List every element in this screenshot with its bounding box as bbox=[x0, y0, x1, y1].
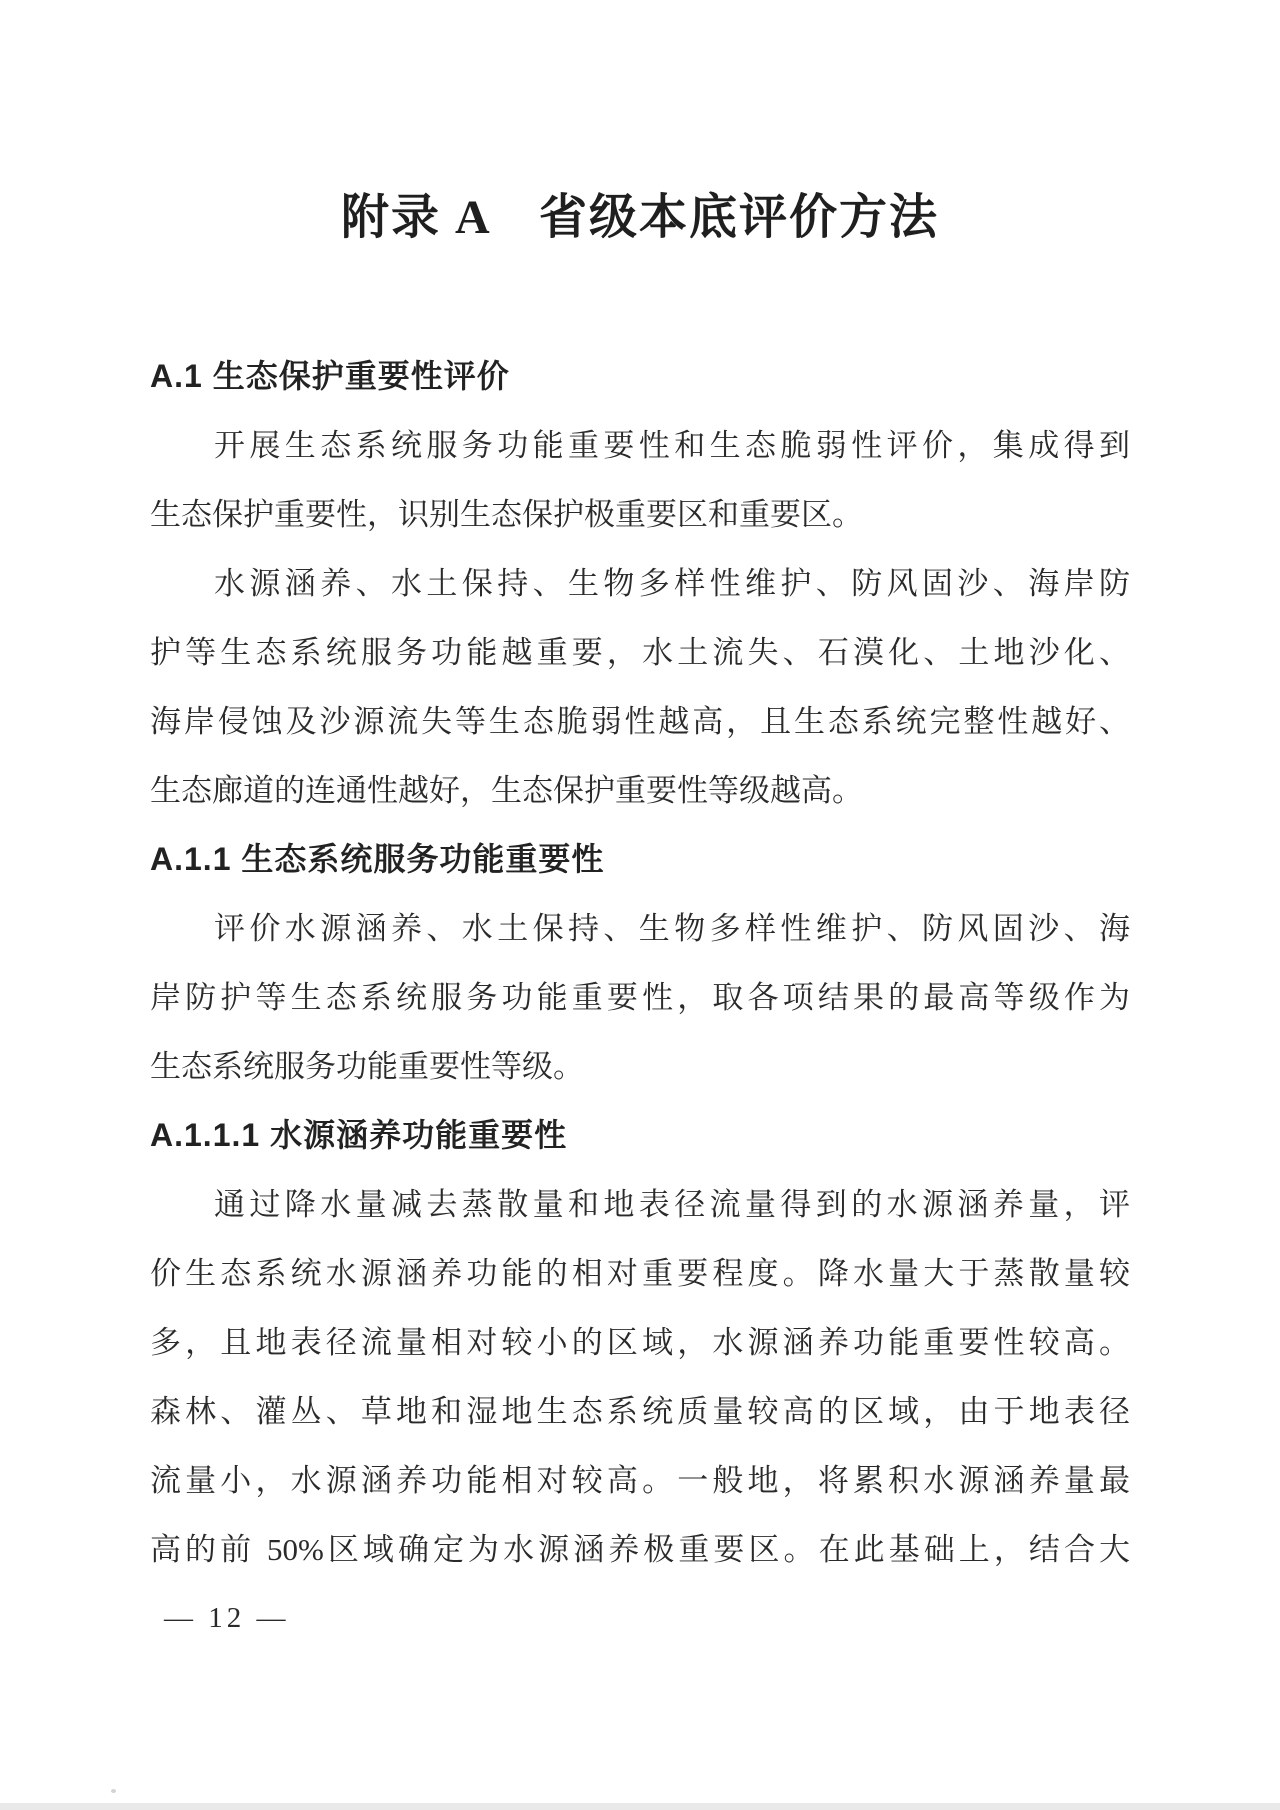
paragraph-line: 开展生态系统服务功能重要性和生态脆弱性评价，集成得到 bbox=[150, 411, 1130, 480]
paragraph-line: 岸防护等生态系统服务功能重要性，取各项结果的最高等级作为 bbox=[150, 963, 1130, 1032]
paragraph-line: 海岸侵蚀及沙源流失等生态脆弱性越高，且生态系统完整性越好、 bbox=[150, 687, 1130, 756]
paragraph-line: 高的前 50%区域确定为水源涵养极重要区。在此基础上，结合大 bbox=[150, 1515, 1130, 1584]
paragraph-line: 护等生态系统服务功能越重要，水土流失、石漠化、土地沙化、 bbox=[150, 618, 1130, 687]
scan-speck-artifact bbox=[111, 1789, 116, 1793]
paragraph-line: 森林、灌丛、草地和湿地生态系统质量较高的区域，由于地表径 bbox=[150, 1377, 1130, 1446]
paragraph-line: 生态系统服务功能重要性等级。 bbox=[150, 1032, 1130, 1101]
document-page: 附录 A 省级本底评价方法 A.1 生态保护重要性评价 开展生态系统服务功能重要… bbox=[0, 0, 1280, 1810]
section-heading-a111: A.1.1.1 水源涵养功能重要性 bbox=[150, 1101, 1130, 1170]
document-body: A.1 生态保护重要性评价 开展生态系统服务功能重要性和生态脆弱性评价，集成得到… bbox=[150, 342, 1130, 1653]
section-heading-a1: A.1 生态保护重要性评价 bbox=[150, 342, 1130, 411]
section-heading-a11: A.1.1 生态系统服务功能重要性 bbox=[150, 825, 1130, 894]
scan-edge-artifact bbox=[0, 1803, 1280, 1810]
paragraph-line: 价生态系统水源涵养功能的相对重要程度。降水量大于蒸散量较 bbox=[150, 1239, 1130, 1308]
paragraph-line: 生态廊道的连通性越好，生态保护重要性等级越高。 bbox=[150, 756, 1130, 825]
page-number: — 12 — bbox=[150, 1584, 1130, 1653]
paragraph-line: 评价水源涵养、水土保持、生物多样性维护、防风固沙、海 bbox=[150, 894, 1130, 963]
paragraph-line: 通过降水量减去蒸散量和地表径流量得到的水源涵养量，评 bbox=[150, 1170, 1130, 1239]
paragraph-line: 水源涵养、水土保持、生物多样性维护、防风固沙、海岸防 bbox=[150, 549, 1130, 618]
paragraph-line: 多，且地表径流量相对较小的区域，水源涵养功能重要性较高。 bbox=[150, 1308, 1130, 1377]
paragraph-line: 流量小，水源涵养功能相对较高。一般地，将累积水源涵养量最 bbox=[150, 1446, 1130, 1515]
paragraph-line: 生态保护重要性，识别生态保护极重要区和重要区。 bbox=[150, 480, 1130, 549]
document-title: 附录 A 省级本底评价方法 bbox=[150, 186, 1130, 250]
